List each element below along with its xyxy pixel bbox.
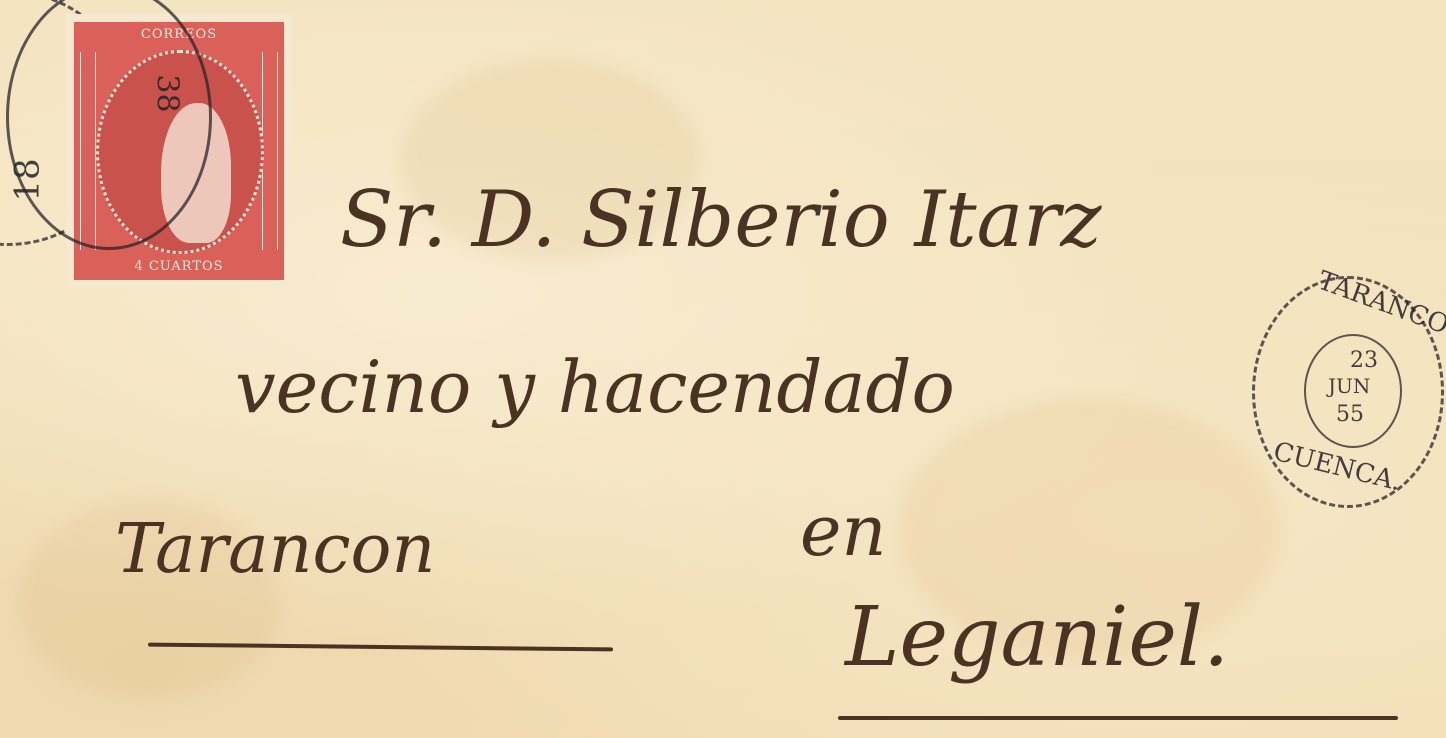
postmark-month: JUN — [1328, 374, 1370, 398]
address-line-3-right: en — [800, 490, 887, 572]
stamp-cancel-numeral: 38 — [150, 74, 185, 112]
address-line-3-left: Tarancon — [115, 510, 435, 589]
address-line-1: Sr. D. Silberio Itarz — [340, 175, 1102, 265]
postmark-day: 23 — [1350, 348, 1378, 373]
address-line-2: vecino y hacendado — [235, 345, 955, 429]
underline-2 — [838, 716, 1398, 720]
postage-stamp: CORREOS 4 CUARTOS 38 — [66, 14, 292, 288]
envelope: 18 CORREOS 4 CUARTOS 38 TARANCON CUENCA.… — [0, 0, 1446, 738]
stamp-value-text: 4 CUARTOS — [74, 256, 284, 278]
postmark-year: 55 — [1336, 402, 1364, 427]
postmark-right: TARANCON CUENCA. 23 JUN 55 — [1252, 276, 1442, 506]
address-line-4: Leganiel. — [845, 590, 1229, 685]
